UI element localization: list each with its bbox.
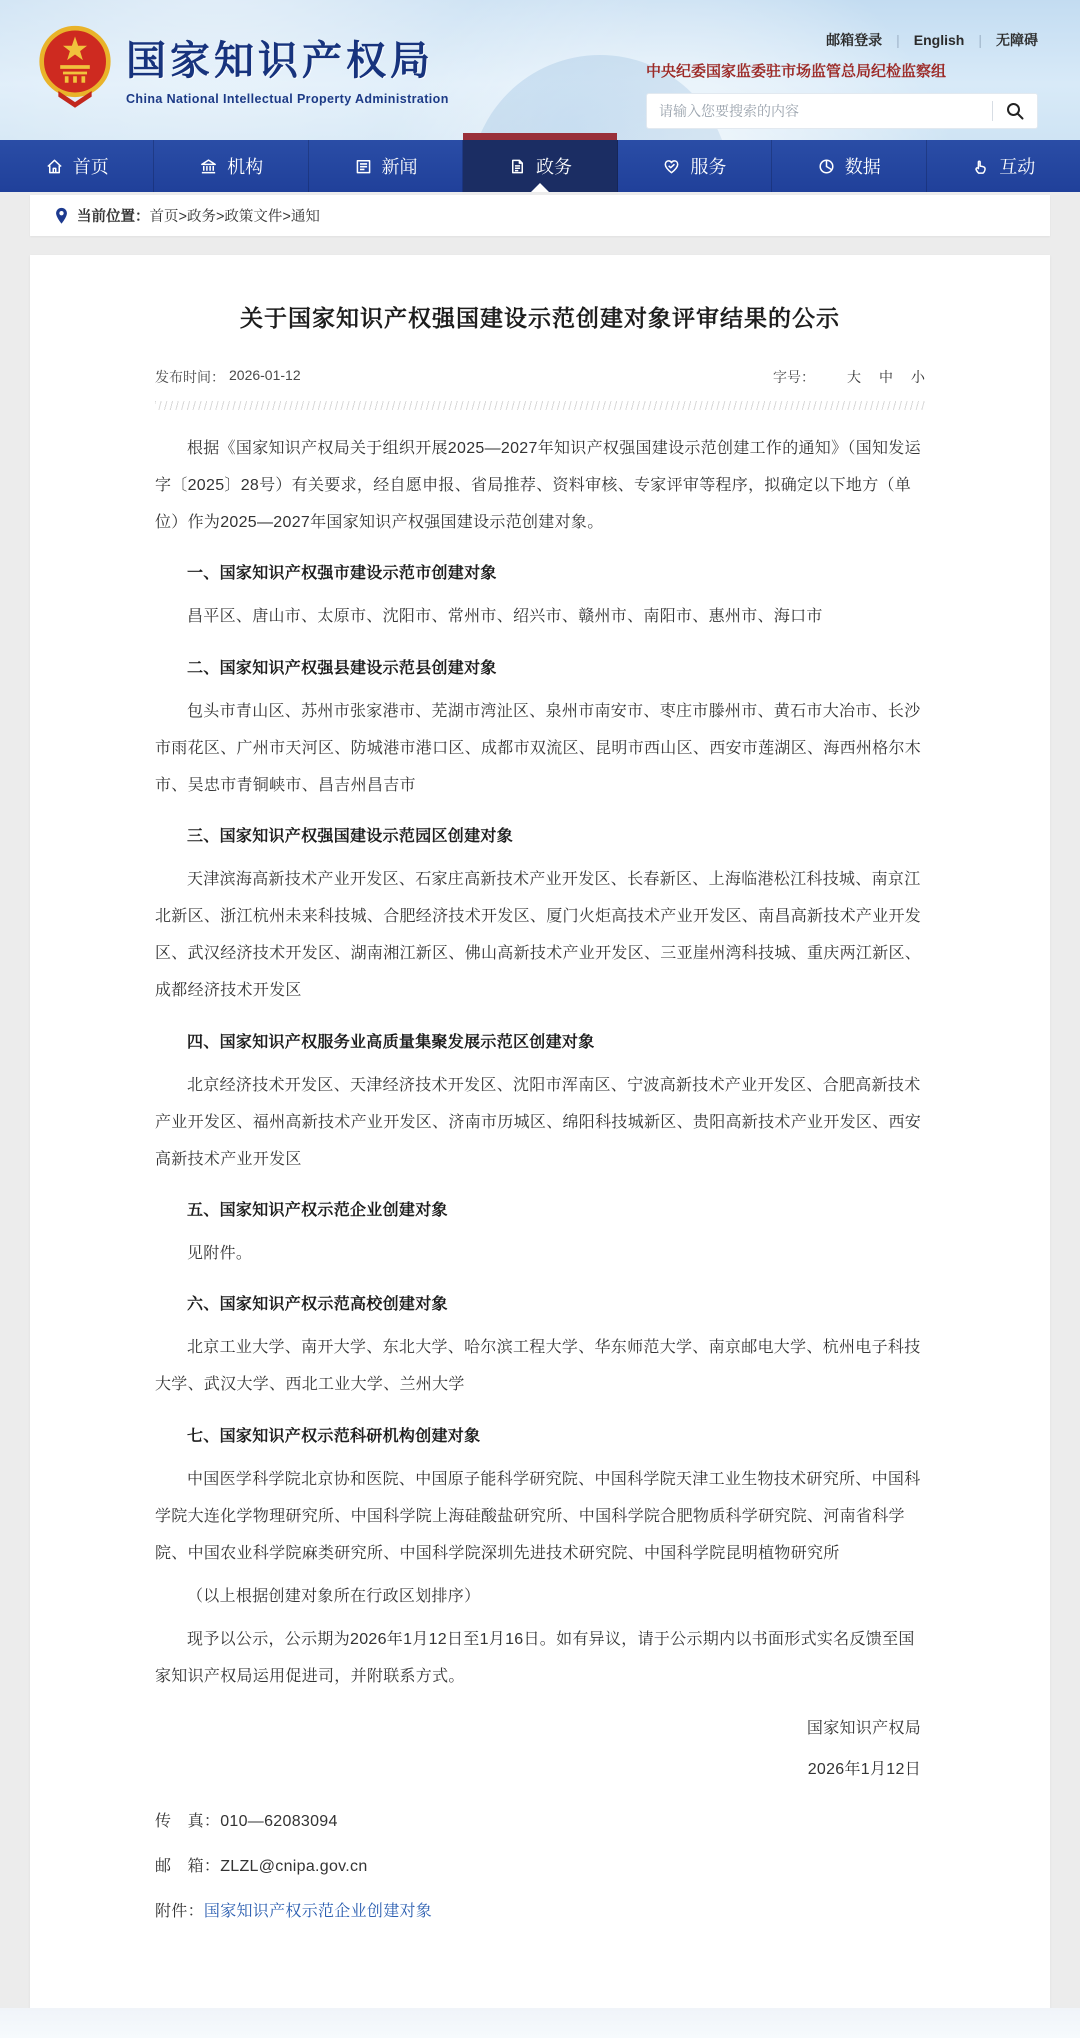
nav-tab-label: 机构 (227, 153, 263, 179)
section-4-body: 北京经济技术开发区、天津经济技术开发区、沈阳市浑南区、宁波高新技术产业开发区、合… (155, 1067, 925, 1178)
font-size-large-button[interactable]: 大 (847, 367, 861, 387)
site-header: 国家知识产权局 China National Intellectual Prop… (0, 0, 1080, 140)
section-2-heading: 二、国家知识产权强县建设示范县创建对象 (155, 650, 925, 687)
font-size-label: 字号： (773, 367, 815, 387)
breadcrumb-bar: 当前位置： 首页>政务>政策文件>通知 (30, 195, 1050, 236)
bank-icon (199, 157, 218, 176)
accessibility-link[interactable]: 无障碍 (996, 30, 1038, 50)
section-7-heading: 七、国家知识产权示范科研机构创建对象 (155, 1418, 925, 1455)
breadcrumb[interactable]: 首页>政务>政策文件>通知 (150, 205, 320, 226)
nav-tab-label: 政务 (536, 153, 572, 179)
email-label: 邮 箱： (155, 1858, 220, 1875)
section-1-body: 昌平区、唐山市、太原市、沈阳市、常州市、绍兴市、赣州市、南阳市、惠州市、海口市 (155, 598, 925, 635)
publish-time: 发布时间： 2026-01-12 (155, 367, 301, 387)
section-4-heading: 四、国家知识产权服务业高质量集聚发展示范区创建对象 (155, 1024, 925, 1061)
section-2-body: 包头市青山区、苏州市张家港市、芜湖市湾沚区、泉州市南安市、枣庄市滕州市、黄石市大… (155, 693, 925, 804)
document-body: 根据《国家知识产权局关于组织开展2025—2027年知识产权强国建设示范创建工作… (155, 430, 925, 1930)
nav-tab-label: 数据 (845, 153, 881, 179)
search-input[interactable] (647, 94, 992, 128)
hand-pointer-icon (971, 157, 990, 176)
page-bottom-strip (0, 2008, 1080, 2038)
article-card: 关于国家知识产权强国建设示范创建对象评审结果的公示 发布时间： 2026-01-… (30, 255, 1050, 2008)
section-3-body: 天津滨海高新技术产业开发区、石家庄高新技术产业开发区、长春新区、上海临港松江科技… (155, 861, 925, 1009)
site-title: 国家知识产权局 (126, 29, 449, 86)
font-size-small-button[interactable]: 小 (911, 367, 925, 387)
section-3-heading: 三、国家知识产权强国建设示范园区创建对象 (155, 818, 925, 855)
nav-tab-news[interactable]: 新闻 (309, 140, 463, 192)
page: 国家知识产权局 China National Intellectual Prop… (0, 0, 1080, 2038)
section-6-body: 北京工业大学、南开大学、东北大学、哈尔滨工程大学、华东师范大学、南京邮电大学、杭… (155, 1329, 925, 1403)
home-icon (45, 157, 64, 176)
signature-date: 2026年1月12日 (155, 1752, 921, 1789)
nav-tab-home[interactable]: 首页 (0, 140, 154, 192)
section-5-heading: 五、国家知识产权示范企业创建对象 (155, 1192, 925, 1229)
search-icon (1005, 101, 1025, 121)
article-meta: 发布时间： 2026-01-12 字号： 大 中 小 (155, 367, 925, 387)
search-button[interactable] (993, 94, 1037, 128)
document-icon (508, 157, 527, 176)
intro-paragraph: 根据《国家知识产权局关于组织开展2025—2027年知识产权强国建设示范创建工作… (155, 430, 925, 541)
breadcrumb-label: 当前位置： (77, 205, 150, 226)
attachment-line: 附件：国家知识产权示范企业创建对象 (155, 1893, 925, 1930)
supervision-group-link[interactable]: 中央纪委国家监委驻市场监管总局纪检监察组 (646, 60, 1038, 81)
site-subtitle: China National Intellectual Property Adm… (126, 92, 449, 106)
section-7-body: 中国医学科学院北京协和医院、中国原子能科学研究院、中国科学院天津工业生物技术研究… (155, 1461, 925, 1572)
font-size-medium-button[interactable]: 中 (879, 367, 893, 387)
signature-block: 国家知识产权局 2026年1月12日 (155, 1711, 925, 1789)
link-separator: | (896, 32, 900, 48)
nav-tab-label: 服务 (690, 153, 726, 179)
page-title: 关于国家知识产权强国建设示范创建对象评审结果的公示 (155, 300, 925, 333)
location-pin-icon (54, 207, 69, 225)
top-links: 邮箱登录 | English | 无障碍 (646, 30, 1038, 50)
contact-block: 传 真：010—62083094 邮 箱：ZLZL@cnipa.gov.cn 附… (155, 1803, 925, 1930)
section-6-heading: 六、国家知识产权示范高校创建对象 (155, 1286, 925, 1323)
nav-tab-interaction[interactable]: 互动 (927, 140, 1080, 192)
nav-tab-data[interactable]: 数据 (772, 140, 926, 192)
hatched-divider (155, 401, 925, 410)
nav-tab-services[interactable]: 服务 (618, 140, 772, 192)
search-box (646, 93, 1038, 129)
national-emblem-icon (38, 24, 112, 110)
attachment-label: 附件： (155, 1903, 204, 1920)
fax-number: 010—62083094 (220, 1813, 337, 1830)
section-5-body: 见附件。 (155, 1235, 925, 1272)
english-link[interactable]: English (914, 32, 965, 48)
main-nav: 首页 机构 新闻 政务 服务 (0, 140, 1080, 192)
section-1-heading: 一、国家知识产权强市建设示范市创建对象 (155, 555, 925, 592)
closing-paragraph: 现予以公示，公示期为2026年1月12日至1月16日。如有异议，请于公示期内以书… (155, 1621, 925, 1695)
nav-tab-label: 新闻 (382, 153, 418, 179)
publish-date: 2026-01-12 (229, 367, 301, 387)
signature-agency: 国家知识产权局 (155, 1711, 921, 1748)
nav-tab-label: 首页 (73, 153, 109, 179)
fax-label: 传 真： (155, 1813, 220, 1830)
fax-line: 传 真：010—62083094 (155, 1803, 925, 1840)
mail-login-link[interactable]: 邮箱登录 (826, 30, 882, 50)
email-line: 邮 箱：ZLZL@cnipa.gov.cn (155, 1848, 925, 1885)
email-address: ZLZL@cnipa.gov.cn (220, 1858, 367, 1875)
attachment-link[interactable]: 国家知识产权示范企业创建对象 (204, 1903, 432, 1920)
publish-time-label: 发布时间： (155, 367, 225, 387)
link-separator: | (978, 32, 982, 48)
site-brand: 国家知识产权局 China National Intellectual Prop… (38, 24, 449, 110)
font-size-switcher: 字号： 大 中 小 (773, 367, 925, 387)
nav-tab-label: 互动 (999, 153, 1035, 179)
nav-tab-government-affairs[interactable]: 政务 (463, 140, 617, 192)
ordering-note: （以上根据创建对象所在行政区划排序） (155, 1578, 925, 1615)
newspaper-icon (354, 157, 373, 176)
brand-text: 国家知识产权局 China National Intellectual Prop… (126, 29, 449, 106)
pie-chart-icon (817, 157, 836, 176)
nav-tab-organization[interactable]: 机构 (154, 140, 308, 192)
header-right: 邮箱登录 | English | 无障碍 中央纪委国家监委驻市场监管总局纪检监察… (646, 30, 1038, 129)
heart-check-icon (662, 157, 681, 176)
